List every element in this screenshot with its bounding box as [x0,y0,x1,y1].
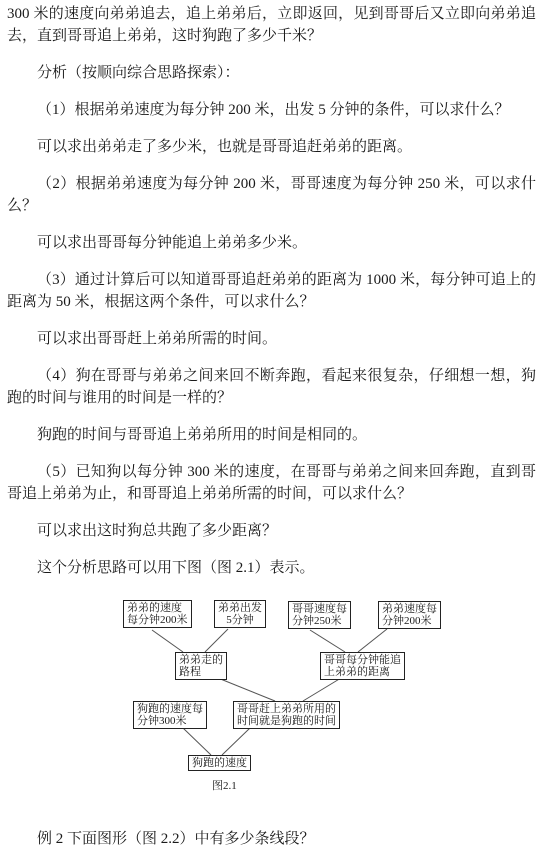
paragraph-step-1-question: （1）根据弟弟速度为每分钟 200 米，出发 5 分钟的条件，可以求什么？ [7,99,536,121]
paragraph-continuation: 300 米的速度向弟弟追去，追上弟弟后，立即返回，见到哥哥后又立即向弟弟追去，直… [7,3,536,47]
diagram-box-elder-speed: 哥哥速度每 分钟250米 [288,601,351,629]
paragraph-step-5-answer: 可以求出这时狗总共跑了多少距离？ [7,520,536,542]
diagram-box-younger-speed: 弟弟的速度 每分钟200米 [123,600,192,628]
paragraph-step-5-question: （5）已知狗以每分钟 300 米的速度，在哥哥与弟弟之间来回奔跑，直到哥哥追上弟… [7,461,536,505]
paragraph-step-3-question: （3）通过计算后可以知道哥哥追赶弟弟的距离为 1000 米，每分钟可追上的距离为… [7,269,536,313]
diagram-box-younger-speed-right: 弟弟速度每 分钟200米 [378,601,441,629]
paragraph-example-2: 例 2 下面图形（图 2.2）中有多少条线段？ [7,828,536,850]
paragraph-analysis-heading: 分析（按顺向综合思路探索）： [7,62,536,84]
diagram-box-younger-head-start: 弟弟出发 5分钟 [214,600,266,628]
paragraph-step-3-answer: 可以求出哥哥赶上弟弟所需的时间。 [7,328,536,350]
paragraph-figure-intro: 这个分析思路可以用下图（图 2.1）表示。 [7,557,536,579]
paragraph-step-1-answer: 可以求出弟弟走了多少米，也就是哥哥追赶弟弟的距离。 [7,136,536,158]
diagram-box-dog-result: 狗跑的速度 [188,755,251,771]
connector-lines [0,594,544,799]
paragraph-step-4-answer: 狗跑的时间与哥哥追上弟弟所用的时间是相同的。 [7,424,536,446]
diagram-box-time-equivalence: 哥哥赶上弟弟所用的 时间就是狗跑的时间 [233,701,340,729]
paragraph-step-2-question: （2）根据弟弟速度为每分钟 200 米，哥哥速度为每分钟 250 米，可以求什么… [7,173,536,217]
diagram-box-dog-speed: 狗跑的速度每 分钟300米 [133,701,207,729]
figure-caption: 图2.1 [212,780,237,792]
document-page: 300 米的速度向弟弟追去，追上弟弟后，立即返回，见到哥哥后又立即向弟弟追去，直… [0,0,544,850]
diagram-box-catchup-per-minute: 哥哥每分钟能追 上弟弟的距离 [320,652,405,680]
paragraph-step-4-question: （4）狗在哥哥与弟弟之间来回不断奔跑，看起来很复杂，仔细想一想，狗跑的时间与谁用… [7,365,536,409]
analysis-flow-diagram: 弟弟的速度 每分钟200米 弟弟出发 5分钟 哥哥速度每 分钟250米 弟弟速度… [0,594,544,799]
paragraph-step-2-answer: 可以求出哥哥每分钟能追上弟弟多少米。 [7,232,536,254]
diagram-box-younger-distance: 弟弟走的 路程 [175,652,227,680]
